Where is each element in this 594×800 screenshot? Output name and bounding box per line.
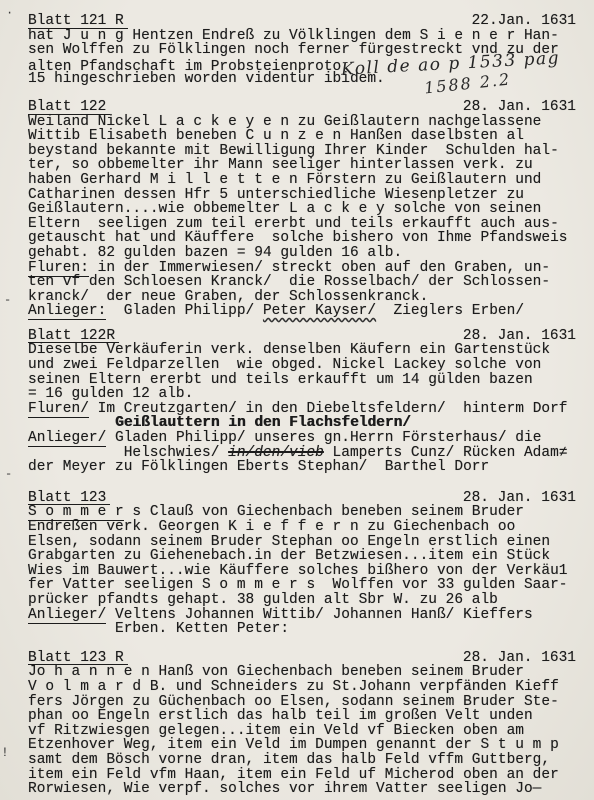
text-line: Geißlautern....wie obbemelter L a c k e … — [28, 202, 576, 217]
text-line: gehabt. 82 gulden bazen = 94 gulden 16 a… — [28, 246, 576, 261]
entry-blatt-123: Blatt 123 28. Jan. 1631 S o m m e r s Cl… — [28, 491, 576, 637]
blatt-label: Blatt 121 R — [28, 14, 128, 29]
text-line: prücker pfandts gehapt. 38 gulden alt Sb… — [28, 593, 576, 608]
text-line: item ein Feld vfm Haan, item ein Feld uf… — [28, 768, 576, 783]
entry-blatt-123r: Blatt 123 R 28. Jan. 1631 Jo h a n n e n… — [28, 651, 576, 797]
anlieger-label: Anlieger: — [28, 303, 106, 320]
text-line: hat J u n g Hentzen Endreß zu Völklingen… — [28, 29, 576, 44]
text-line: Endreßen verk. Georgen K i e f f e r n z… — [28, 520, 576, 535]
fluren-text: Im Creutzgarten/ in den Diebeltsfeldern/… — [89, 401, 568, 417]
entry-date: 22.Jan. 1631 — [472, 14, 576, 29]
entry-date: 28. Jan. 1631 — [463, 100, 576, 115]
text-line: haben Gerhard M i l l e t t e n Förstern… — [28, 173, 576, 188]
text-line: Etzenhover Weg, item ein Veld im Dumpen … — [28, 738, 576, 753]
text-line: S o m m e r s Clauß von Giechenbach bene… — [28, 505, 576, 520]
fluren-label: Fluren/ — [28, 401, 89, 418]
text-line: V o l m a r d B. und Schneiders zu St.Jo… — [28, 680, 576, 695]
anlieger-text: Gladen Philipp/ — [106, 303, 263, 319]
anlieger-label: Anlieger/ — [28, 430, 106, 447]
anlieger-label: Anlieger/ — [28, 607, 106, 624]
margin-mark: - — [4, 293, 11, 307]
text-line: ten vf den Schloesen Kranck/ die Rosselb… — [28, 275, 576, 290]
anlieger-line: Anlieger/ Gladen Philipp/ unseres gn.Her… — [28, 431, 576, 446]
text-line: Dieselbe Verkäuferin verk. denselben Käu… — [28, 343, 576, 358]
anlieger-text: Zieglers Erben/ — [376, 303, 524, 319]
entry-blatt-122r: Blatt 122R 28. Jan. 1631 Dieselbe Verkäu… — [28, 329, 576, 475]
text-line: ter, so obbemelter ihr Mann seeliger hin… — [28, 158, 576, 173]
text-line: Erben. Ketten Peter: — [28, 622, 576, 637]
text-line: Catharinen dessen Hfr 5 unterschiedliche… — [28, 188, 576, 203]
text-line: der Meyer zu Fölklingen Eberts Stephan/ … — [28, 460, 576, 475]
margin-mark: · — [6, 6, 13, 20]
anlieger-line: Anlieger: Gladen Philipp/ Peter Kayser/ … — [28, 304, 576, 319]
text-line: Weiland Nickel L a c k e y e n zu Geißla… — [28, 115, 576, 130]
margin-mark: ! — [1, 745, 9, 760]
margin-mark: - — [5, 467, 12, 481]
text-line: Wittib Elisabeth beneben C u n z e n Han… — [28, 129, 576, 144]
text-line: phan oo Engeln erstlich das halb teil im… — [28, 709, 576, 724]
text-line: = 16 gulden 12 alb. — [28, 387, 576, 402]
text-line: fers Jörgen zu Güchenbach oo Elsen, soda… — [28, 695, 576, 710]
text-line: und zwei Feldparzellen wie obged. Nickel… — [28, 358, 576, 373]
anlieger-text: Gladen Philipp/ unseres gn.Herrn Förster… — [106, 430, 541, 446]
entry-blatt-122: Blatt 122 28. Jan. 1631 Weiland Nickel L… — [28, 100, 576, 319]
entry-header: Blatt 122 28. Jan. 1631 — [28, 100, 576, 115]
entry-header: Blatt 121 R 22.Jan. 1631 — [28, 14, 576, 29]
anlieger-line: Anlieger/ Veltens Johannen Wittib/ Johan… — [28, 608, 576, 623]
text-line: Elsen, sodann seinem Bruder Stephan oo E… — [28, 535, 576, 550]
blatt-label: Blatt 122 — [28, 100, 110, 115]
fluren-line: Fluren: in der Immerwiesen/ streckt oben… — [28, 261, 576, 276]
fluren-line: Fluren/ Im Creutzgarten/ in den Diebelts… — [28, 402, 576, 417]
document-page: · - - ! Blatt 121 R 22.Jan. 1631 hat J u… — [0, 0, 594, 800]
text-line: Jo h a n n e n Hanß von Giechenbach bene… — [28, 665, 576, 680]
typed-text: s Clauß von Giechenbach beneben seinem B… — [124, 504, 524, 520]
text-line: Geißlauttern in den Flachsfeldern/ — [28, 416, 576, 431]
text-line: Grabgarten zu Giehenebach.in der Betzwie… — [28, 549, 576, 564]
text-line: samt dem Bösch vorne dran, item das halb… — [28, 753, 576, 768]
text-line: Rorwiesen, Wie verpf. solches vor ihrem … — [28, 782, 576, 797]
name-hand-underlined: Peter Kayser/ — [263, 303, 376, 319]
text-line: getauscht hat und Käuffere solche bisher… — [28, 231, 576, 246]
text-line: fer Vatter seeligen S o m m e r s Wolffe… — [28, 578, 576, 593]
